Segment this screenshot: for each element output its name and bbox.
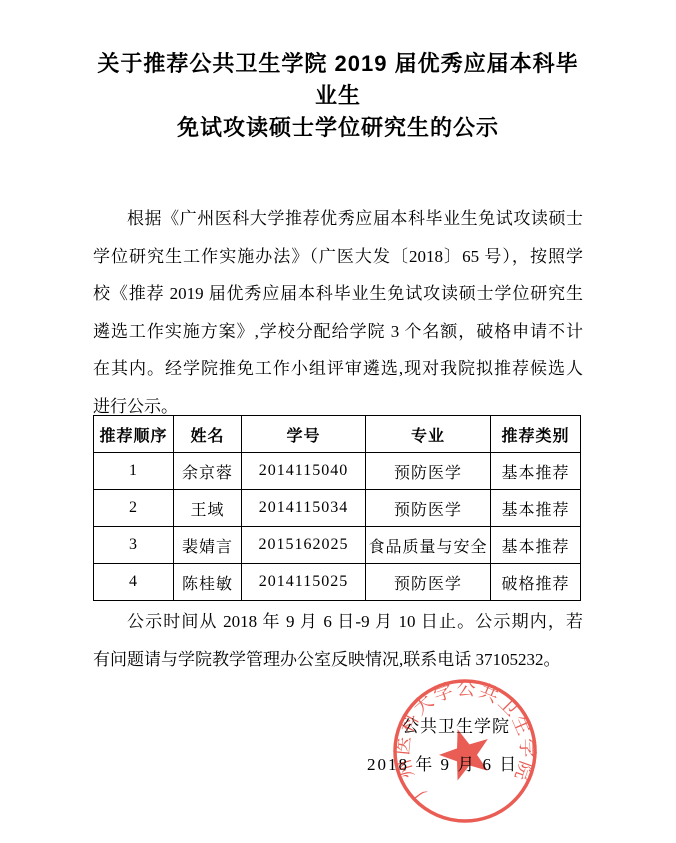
document-page: 关于推荐公共卫生学院 2019 届优秀应届本科毕业生 免试攻读硕士学位研究生的公… (0, 0, 676, 843)
body-line: 在其内。经学院推免工作小组评审遴选,现对我院拟推荐候选人 (93, 350, 583, 388)
cell-student-id: 2014115025 (242, 564, 366, 601)
cell-student-id: 2014115040 (242, 453, 366, 490)
body-paragraph-1: 根据《广州医科大学推荐优秀应届本科毕业生免试攻读硕士 学位研究生工作实施办法》（… (93, 200, 583, 425)
document-title-line-1: 关于推荐公共卫生学院 2019 届优秀应届本科毕业生 (93, 48, 583, 112)
cell-major: 预防医学 (366, 453, 491, 490)
cell-category: 基本推荐 (491, 490, 581, 527)
body-line: 学位研究生工作实施办法》（广医大发〔2018〕65 号），按照学 (93, 238, 583, 276)
recommendation-table: 推荐顺序 姓名 学号 专业 推荐类别 1 余京蓉 2014115040 预防医学… (93, 415, 581, 601)
document-content: 关于推荐公共卫生学院 2019 届优秀应届本科毕业生 免试攻读硕士学位研究生的公… (93, 0, 583, 678)
cell-category: 基本推荐 (491, 453, 581, 490)
cell-name: 陈桂敏 (174, 564, 242, 601)
cell-category: 基本推荐 (491, 527, 581, 564)
cell-order: 1 (94, 453, 174, 490)
body-line: 公示时间从 2018 年 9 月 6 日-9 月 10 日止。公示期内，若 (93, 603, 583, 641)
table-row: 2 王域 2014115034 预防医学 基本推荐 (94, 490, 581, 527)
cell-category: 破格推荐 (491, 564, 581, 601)
cell-order: 4 (94, 564, 174, 601)
document-title-line-2: 免试攻读硕士学位研究生的公示 (93, 112, 583, 144)
cell-major: 预防医学 (366, 490, 491, 527)
table-row: 3 裴婧言 2015162025 食品质量与安全 基本推荐 (94, 527, 581, 564)
body-line: 遴选工作实施方案》,学校分配给学院 3 个名额，破格申请不计 (93, 313, 583, 351)
cell-student-id: 2014115034 (242, 490, 366, 527)
cell-major: 食品质量与安全 (366, 527, 491, 564)
cell-major: 预防医学 (366, 564, 491, 601)
body-line: 有问题请与学院教学管理办公室反映情况,联系电话 37105232。 (93, 641, 583, 679)
table-row: 4 陈桂敏 2014115025 预防医学 破格推荐 (94, 564, 581, 601)
signature-organization: 公共卫生学院 (402, 712, 510, 737)
header-cell-student-id: 学号 (242, 416, 366, 453)
header-cell-major: 专业 (366, 416, 491, 453)
cell-name: 余京蓉 (174, 453, 242, 490)
cell-order: 3 (94, 527, 174, 564)
header-cell-name: 姓名 (174, 416, 242, 453)
document-title: 关于推荐公共卫生学院 2019 届优秀应届本科毕业生 免试攻读硕士学位研究生的公… (93, 48, 583, 144)
body-line: 根据《广州医科大学推荐优秀应届本科毕业生免试攻读硕士 (93, 200, 583, 238)
table-row: 1 余京蓉 2014115040 预防医学 基本推荐 (94, 453, 581, 490)
cell-order: 2 (94, 490, 174, 527)
body-line: 校《推荐 2019 届优秀应届本科毕业生免试攻读硕士学位研究生 (93, 275, 583, 313)
signature-date: 2018 年 9 月 6 日 (367, 750, 518, 775)
cell-name: 王域 (174, 490, 242, 527)
header-cell-category: 推荐类别 (491, 416, 581, 453)
cell-name: 裴婧言 (174, 527, 242, 564)
body-paragraph-2: 公示时间从 2018 年 9 月 6 日-9 月 10 日止。公示期内，若 有问… (93, 603, 583, 678)
cell-student-id: 2015162025 (242, 527, 366, 564)
